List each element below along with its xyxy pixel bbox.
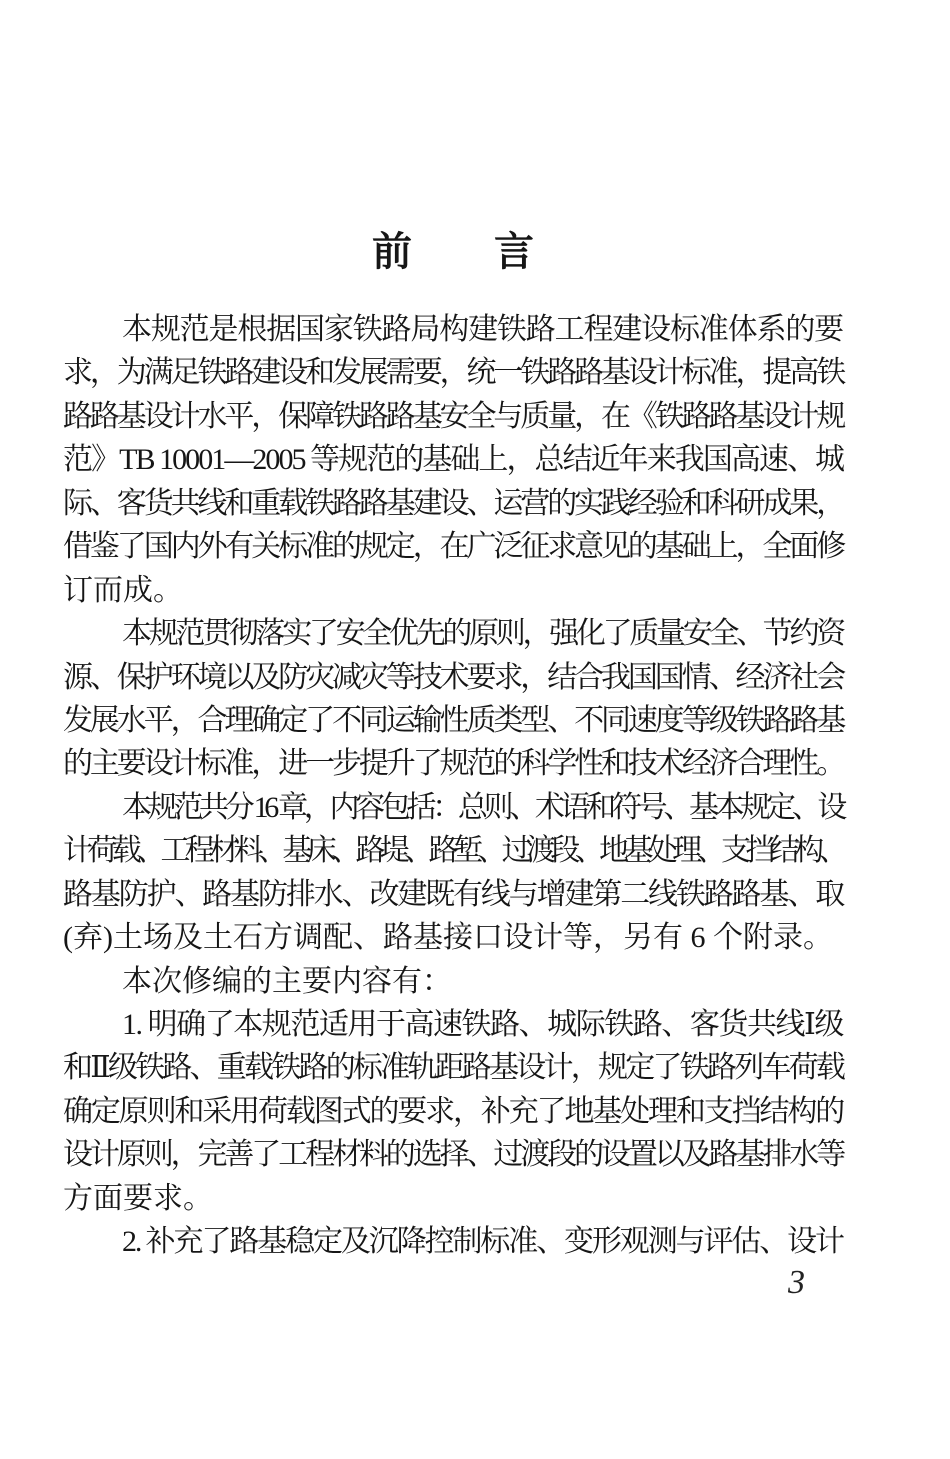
text-line: 本规范贯彻落实了安全优先的原则，强化了质量安全、节约资 bbox=[63, 612, 843, 655]
text-line: 2. 补充了路基稳定及沉降控制标准、变形观测与评估、设计 bbox=[63, 1220, 843, 1263]
text-line: 本规范共分 16 章，内容包括：总则、术语和符号、基本规定、设 bbox=[63, 786, 843, 829]
text-line: 和Ⅱ级铁路、重载铁路的标准轨距路基设计，规定了铁路列车荷载 bbox=[63, 1046, 843, 1089]
text-line: 求，为满足铁路建设和发展需要，统一铁路路基设计标准，提高铁 bbox=[63, 351, 843, 394]
text-line: (弃)土场及土石方调配、路基接口设计等，另有 6 个附录。 bbox=[63, 916, 843, 959]
body-text: 本规范是根据国家铁路局构建铁路工程建设标准体系的要 求，为满足铁路建设和发展需要… bbox=[63, 308, 843, 1264]
text-line: 方面要求。 bbox=[63, 1177, 843, 1220]
text-line: 的主要设计标准，进一步提升了规范的科学性和技术经济合理性。 bbox=[63, 742, 843, 785]
text-line: 借鉴了国内外有关标准的规定，在广泛征求意见的基础上，全面修 bbox=[63, 525, 843, 568]
text-line: 本次修编的主要内容有： bbox=[63, 960, 843, 1003]
text-line: 路路基设计水平，保障铁路路基安全与质量，在《铁路路基设计规 bbox=[63, 395, 843, 438]
text-line: 订而成。 bbox=[63, 569, 843, 612]
text-line: 确定原则和采用荷载图式的要求，补充了地基处理和支挡结构的 bbox=[63, 1090, 843, 1133]
page-number: 3 bbox=[63, 1264, 843, 1302]
text-line: 1. 明确了本规范适用于高速铁路、城际铁路、客货共线Ⅰ级 bbox=[63, 1003, 843, 1046]
text-line: 源、保护环境以及防灾减灾等技术要求，结合我国国情、经济社会 bbox=[63, 656, 843, 699]
text-line: 本规范是根据国家铁路局构建铁路工程建设标准体系的要 bbox=[63, 308, 843, 351]
text-line: 范》TB 10001—2005 等规范的基础上，总结近年来我国高速、城 bbox=[63, 438, 843, 481]
text-line: 发展水平，合理确定了不同运输性质类型、不同速度等级铁路路基 bbox=[63, 699, 843, 742]
document-page: 前言 本规范是根据国家铁路局构建铁路工程建设标准体系的要 求，为满足铁路建设和发… bbox=[0, 0, 950, 1459]
text-line: 计荷载、工程材料、基床、路堤、路堑、过渡段、地基处理、支挡结构、 bbox=[63, 829, 843, 872]
text-line: 设计原则，完善了工程材料的选择、过渡段的设置以及路基排水等 bbox=[63, 1133, 843, 1176]
text-line: 际、客货共线和重载铁路路基建设、运营的实践经验和科研成果， bbox=[63, 482, 843, 525]
text-line: 路基防护、路基防排水、改建既有线与增建第二线铁路路基、取 bbox=[63, 873, 843, 916]
page-title: 前言 bbox=[63, 220, 843, 277]
